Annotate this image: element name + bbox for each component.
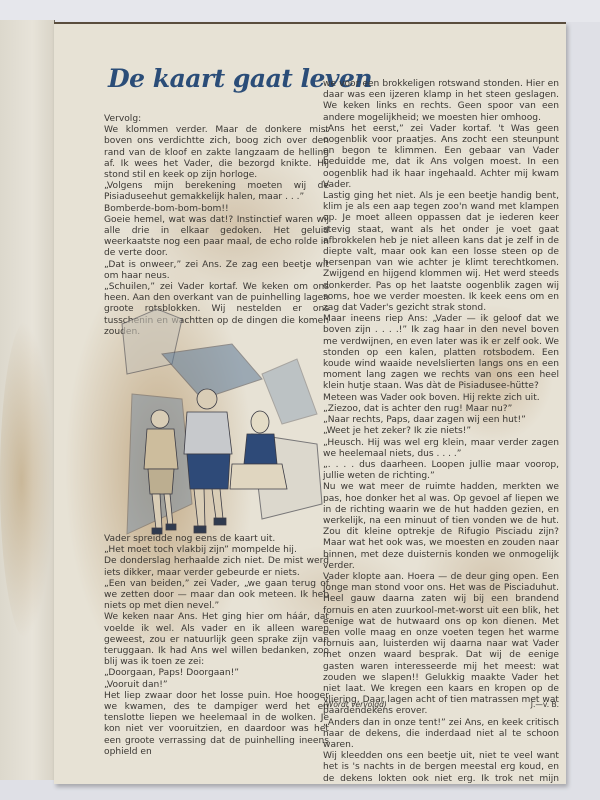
magazine-page: De kaart gaat leven Vervolg: We klommen … <box>54 22 566 784</box>
illustration <box>112 304 327 544</box>
previous-page-edge <box>0 20 55 780</box>
paragraph: „Weet je het zeker? Ik zie niets!” <box>323 426 559 437</box>
article-subtitle: Vervolg: <box>104 114 329 125</box>
paragraph: Het liep zwaar door het losse puin. Hoe … <box>104 691 329 758</box>
paragraph: Bomberde-bom-bom-bom!! <box>104 204 329 215</box>
paragraph: We keken naar Ans. Het ging hier om háár… <box>104 612 329 668</box>
paragraph: „Doorgaan, Paps! Doorgaan!” <box>104 668 329 679</box>
article-footer: (Wordt vervolgd) J.—v. B. <box>323 700 559 709</box>
paragraph: Maar ineens riep Ans: „Vader — ik geloof… <box>323 314 559 392</box>
paragraph: Goeie hemel, wat was dat!? Instinctief w… <box>104 215 329 260</box>
paragraph: We klommen verder. Maar de donkere mist … <box>104 125 329 181</box>
paragraph: „Naar rechts, Paps, daar zagen wij een h… <box>323 415 559 426</box>
water-stain <box>0 320 54 640</box>
paragraph: „Dat is onweer,” zei Ans. Ze zag een bee… <box>104 260 329 282</box>
paragraph: Vader spreidde nog eens de kaart uit. <box>104 534 329 545</box>
right-paragraphs: we voor een brokkeligen rotswand stonden… <box>323 79 559 784</box>
paragraph: „Een van beiden,” zei Vader, „we gaan te… <box>104 579 329 613</box>
background <box>0 0 600 22</box>
left-bottom-paragraphs: Vader spreidde nog eens de kaart uit.„He… <box>104 534 329 758</box>
paragraph: „. . . . dus daarheen. Loopen jullie maa… <box>323 460 559 482</box>
paragraph: „Het moet toch vlakbij zijn” mompelde hi… <box>104 545 329 556</box>
article-title: De kaart gaat leven <box>108 64 318 93</box>
paragraph: Meteen was Vader ook boven. Hij rekte zi… <box>323 393 559 404</box>
author-initials: J.—v. B. <box>531 700 559 709</box>
paragraph: „Heusch. Hij was wel erg klein, maar ver… <box>323 438 559 460</box>
paragraph: Nu we wat meer de ruimte hadden, merkten… <box>323 482 559 572</box>
paragraph: we voor een brokkeligen rotswand stonden… <box>323 79 559 124</box>
paragraph: „Ziezoo, dat is achter den rug! Maar nu?… <box>323 404 559 415</box>
paragraph: De donderslag herhaalde zich niet. De mi… <box>104 556 329 578</box>
paragraph: „Ans het eerst,” zei Vader kortaf. 't Wa… <box>323 124 559 191</box>
paragraph: Wij kleedden ons een beetje uit, niet te… <box>323 751 559 784</box>
right-column: we voor een brokkeligen rotswand stonden… <box>323 79 559 784</box>
paragraph: Vader klopte aan. Hoera — de deur ging o… <box>323 572 559 718</box>
man-figure <box>184 389 232 533</box>
paragraph: „Anders dan in onze tent!” zei Ans, en k… <box>323 718 559 752</box>
paragraph: Lastig ging het niet. Als je een beetje … <box>323 191 559 314</box>
paragraph: „Vooruit dan!” <box>104 680 329 691</box>
paragraph: „Volgens mijn berekening moeten wij de P… <box>104 181 329 203</box>
continued-note: (Wordt vervolgd) <box>323 700 387 709</box>
left-column-bottom: Vader spreidde nog eens de kaart uit.„He… <box>104 534 329 758</box>
